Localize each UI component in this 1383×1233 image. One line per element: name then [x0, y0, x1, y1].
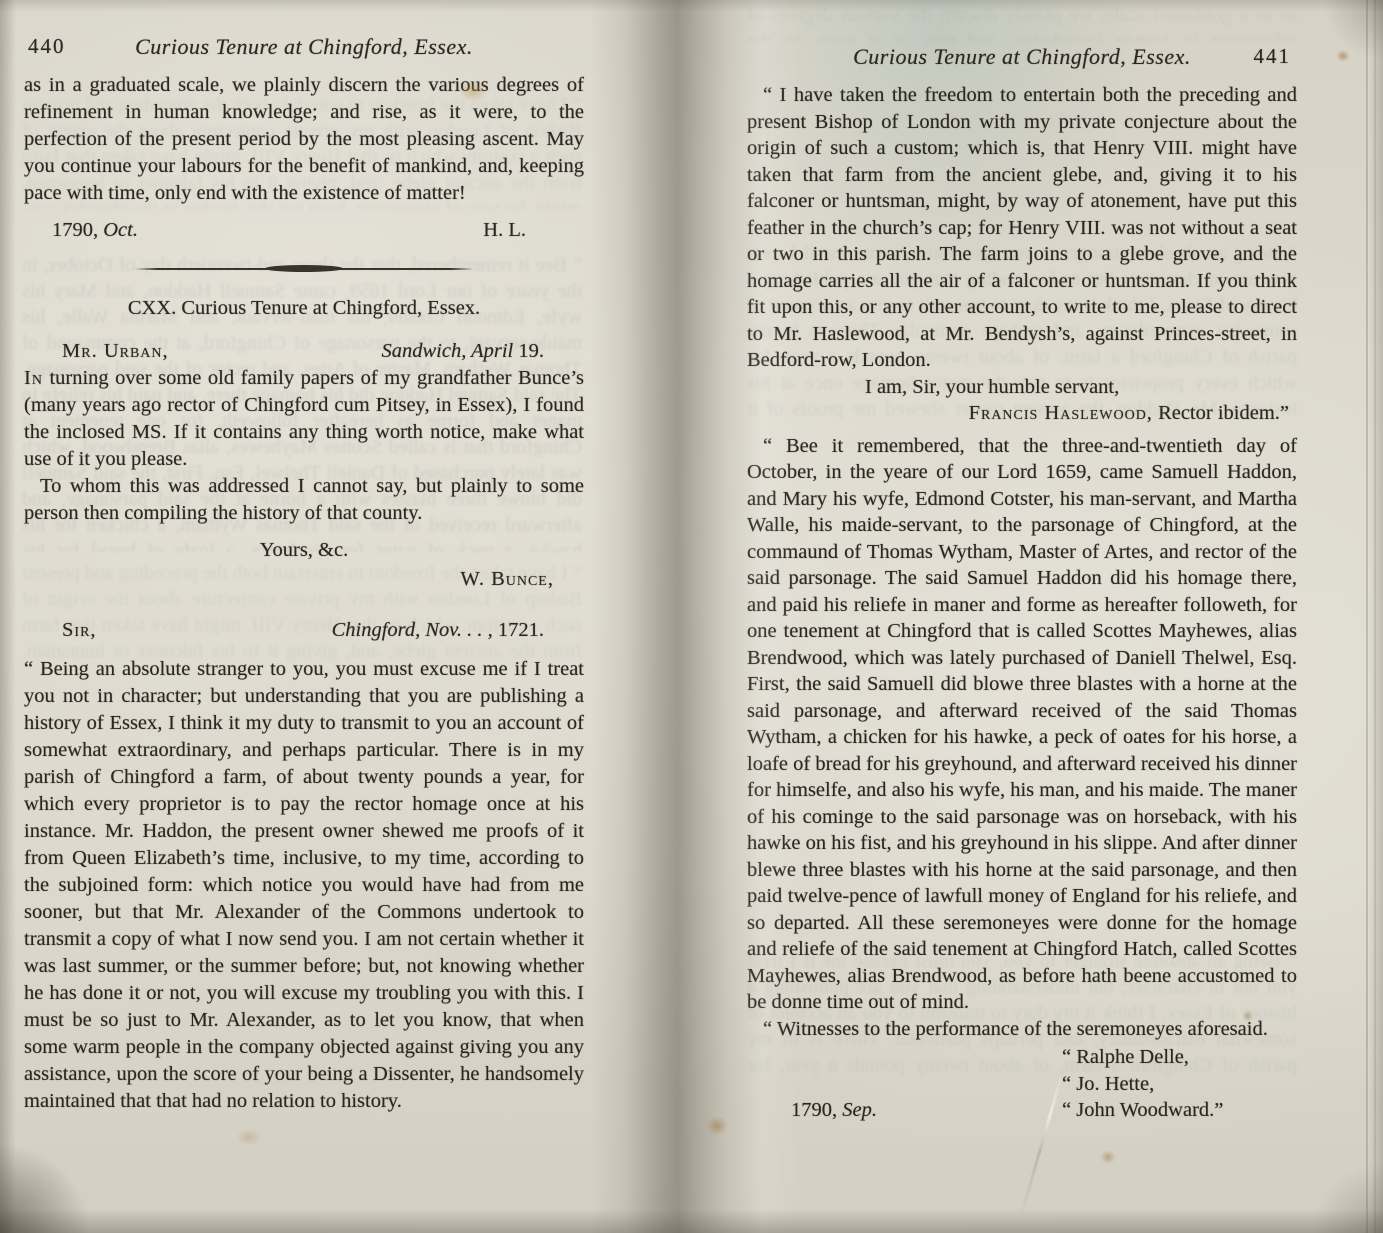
salutation-line: Mr. Urban, Sandwich, April 19.: [24, 338, 584, 365]
page-edge: [1366, 0, 1368, 1233]
dateline: 1790, Sep.: [791, 1097, 877, 1124]
closing: Yours, &c.: [24, 537, 584, 564]
dateline-date: 1790, Oct.: [52, 217, 138, 244]
stain: [1100, 1150, 1116, 1164]
right-page: Curious Tenure at Chingford, Essex. 441 …: [747, 44, 1297, 1124]
letter-paragraph: In turning over some old family papers o…: [24, 365, 584, 473]
book-scan: “ I have taken the freedom to entertain …: [0, 0, 1383, 1233]
paragraph-text: turning over some old family papers of m…: [24, 367, 584, 470]
page-edge: [1374, 0, 1376, 1233]
intro-paragraph: as in a graduated scale, we plainly disc…: [24, 72, 584, 207]
valediction: I am, Sir, your humble servant,: [865, 374, 1297, 401]
dateline: Sandwich, April 19.: [382, 338, 545, 365]
signature: H. L.: [483, 217, 526, 244]
witness-item: “ Ralphe Delle,: [1062, 1044, 1297, 1071]
letter-body: “ Being an absolute stranger to you, you…: [24, 656, 584, 1115]
deed-paragraph: “ Bee it remembered, that the three-and-…: [747, 433, 1297, 1016]
running-header: Curious Tenure at Chingford, Essex.: [24, 34, 584, 60]
section-divider: [134, 264, 474, 273]
witness-intro: “ Witnesses to the performance of the se…: [747, 1016, 1297, 1043]
witness-item: “ Jo. Hette,: [1062, 1071, 1297, 1098]
letter-paragraph: To whom this was addressed I cannot say,…: [24, 473, 584, 527]
divider-lens: [265, 265, 343, 272]
salutation: Mr. Urban,: [62, 338, 169, 365]
letter-paragraph: “ I have taken the freedom to entertain …: [747, 82, 1297, 374]
dateline: Chingford, Nov. . . , 1721.: [332, 617, 544, 644]
salutation-line: Sir, Chingford, Nov. . . , 1721.: [24, 617, 584, 644]
running-header: Curious Tenure at Chingford, Essex.: [747, 44, 1297, 70]
witness-item: “ John Woodward.”: [1062, 1097, 1297, 1124]
article-heading: CXX. Curious Tenure at Chingford, Essex.: [24, 295, 584, 322]
signature: Francis Haslewood, Rector ibidem.”: [747, 400, 1297, 427]
page-number: 441: [1254, 44, 1292, 69]
witness-list: “ Ralphe Delle, “ Jo. Hette, “ John Wood…: [1062, 1044, 1297, 1124]
page-number: 440: [28, 34, 66, 59]
stain: [706, 1116, 728, 1136]
signature: W. Bunce,: [24, 566, 584, 593]
salutation: Sir,: [62, 617, 97, 644]
stain: [1336, 50, 1350, 62]
left-page-header: 440 Curious Tenure at Chingford, Essex.: [24, 34, 584, 62]
lead-word: In: [24, 367, 43, 389]
left-page: 440 Curious Tenure at Chingford, Essex. …: [24, 34, 584, 1115]
witness-row: 1790, Sep. “ Ralphe Delle, “ Jo. Hette, …: [747, 1044, 1297, 1124]
right-page-header: Curious Tenure at Chingford, Essex. 441: [747, 44, 1297, 72]
date-line: 1790, Oct. H. L.: [24, 217, 584, 244]
stain: [236, 1128, 262, 1146]
bleedthrough-text: as in a graduated scale, we plainly disc…: [747, 2, 1297, 42]
